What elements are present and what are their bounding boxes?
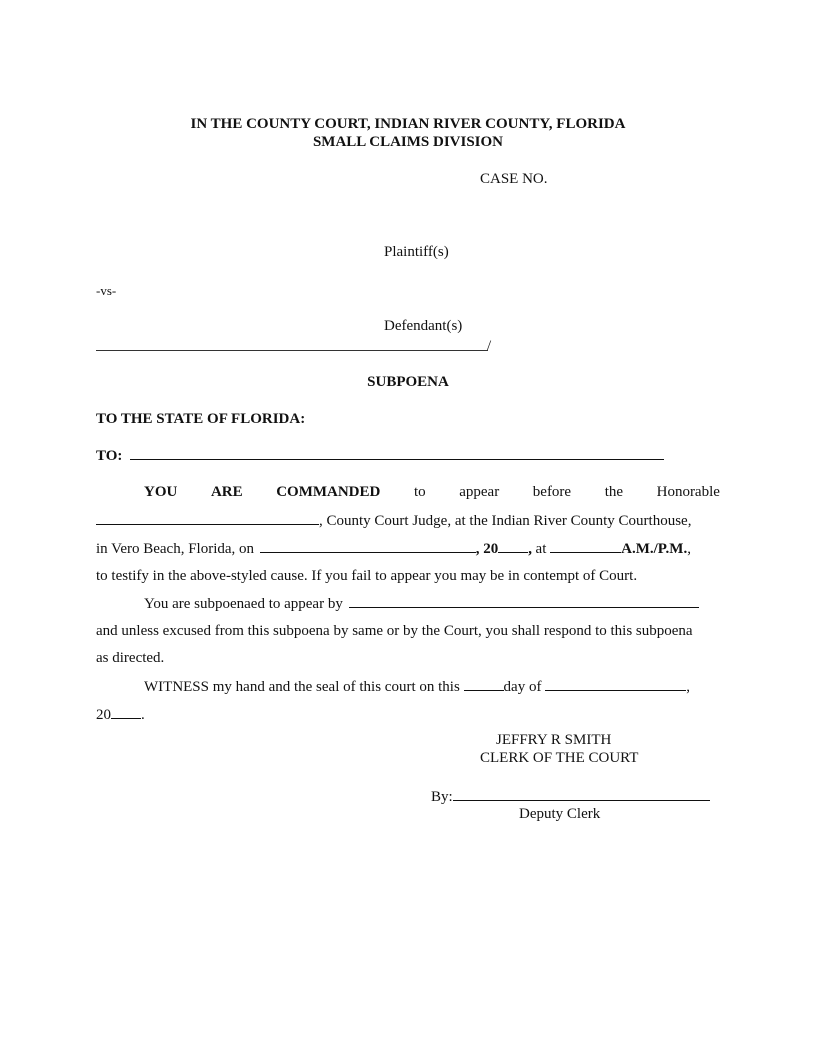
caption-divider bbox=[96, 350, 488, 351]
commanded-word: to bbox=[414, 483, 426, 501]
commanded-word: Honorable bbox=[657, 483, 720, 501]
date-prefix: in Vero Beach, Florida, on bbox=[96, 541, 254, 557]
directed-line: as directed. bbox=[96, 649, 164, 667]
versus-label: -vs- bbox=[96, 282, 116, 300]
year-line-suffix: . bbox=[141, 707, 145, 723]
commanded-word: appear bbox=[459, 483, 499, 501]
judge-suffix: , County Court Judge, at the Indian Rive… bbox=[319, 513, 691, 529]
at-label: , at bbox=[528, 541, 546, 557]
day-of-label: day of bbox=[504, 679, 542, 695]
to-state-heading: TO THE STATE OF FLORIDA: bbox=[96, 410, 305, 428]
defendant-label: Defendant(s) bbox=[384, 317, 462, 335]
commanded-word: YOU bbox=[144, 483, 177, 501]
commanded-word: COMMANDED bbox=[276, 483, 380, 501]
to-row: TO: bbox=[96, 446, 664, 465]
year-line-prefix: 20 bbox=[96, 707, 111, 723]
witness-day-field[interactable] bbox=[464, 677, 504, 691]
appearance-year-field[interactable] bbox=[498, 539, 528, 553]
division-heading: SMALL CLAIMS DIVISION bbox=[0, 133, 816, 151]
judge-name-field[interactable] bbox=[96, 511, 319, 525]
court-heading: IN THE COUNTY COURT, INDIAN RIVER COUNTY… bbox=[0, 115, 816, 133]
appear-by-row: You are subpoenaed to appear by bbox=[144, 594, 699, 613]
appearance-time-field[interactable] bbox=[550, 539, 621, 553]
deputy-signature-field[interactable] bbox=[453, 787, 710, 801]
witness-row: WITNESS my hand and the seal of this cou… bbox=[144, 677, 690, 696]
document-title: SUBPOENA bbox=[0, 373, 816, 391]
ampm-label: A.M./P.M. bbox=[621, 541, 687, 557]
date-row: in Vero Beach, Florida, on , 20,, at A.M… bbox=[96, 539, 691, 558]
recipient-field[interactable] bbox=[130, 446, 664, 460]
appear-by-prefix: You are subpoenaed to appear by bbox=[144, 596, 343, 612]
caption-slash: / bbox=[487, 337, 491, 355]
judge-row: , County Court Judge, at the Indian Rive… bbox=[96, 511, 691, 530]
clerk-name: JEFFRY R SMITH bbox=[496, 731, 611, 749]
to-label: TO: bbox=[96, 448, 122, 464]
deputy-clerk-label: Deputy Clerk bbox=[519, 805, 600, 823]
excused-line: and unless excused from this subpoena by… bbox=[96, 622, 693, 640]
commanded-word: the bbox=[605, 483, 623, 501]
case-number-label: CASE NO. bbox=[480, 170, 548, 188]
appear-by-field[interactable] bbox=[349, 594, 699, 608]
commanded-line: YOU ARE COMMANDED to appear before the H… bbox=[144, 483, 720, 501]
witness-year-row: 20. bbox=[96, 705, 145, 724]
commanded-word: before bbox=[533, 483, 571, 501]
by-row: By: bbox=[431, 787, 710, 806]
commanded-word: ARE bbox=[211, 483, 243, 501]
year-prefix: , 20 bbox=[476, 541, 499, 557]
plaintiff-label: Plaintiff(s) bbox=[384, 243, 449, 261]
by-label: By: bbox=[431, 789, 453, 805]
witness-prefix: WITNESS my hand and the seal of this cou… bbox=[144, 679, 460, 695]
testify-line: to testify in the above-styled cause. If… bbox=[96, 567, 637, 585]
ampm-suffix: , bbox=[687, 541, 691, 557]
witness-suffix: , bbox=[686, 679, 690, 695]
clerk-title: CLERK OF THE COURT bbox=[480, 749, 638, 767]
witness-month-field[interactable] bbox=[545, 677, 686, 691]
appearance-date-field[interactable] bbox=[260, 539, 476, 553]
witness-year-field[interactable] bbox=[111, 705, 141, 719]
